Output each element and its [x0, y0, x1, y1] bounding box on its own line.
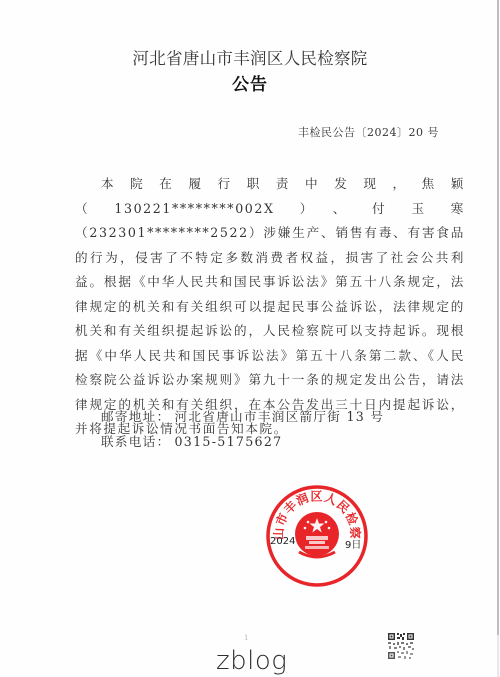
- mailing-address-label: 邮寄地址：: [101, 409, 170, 424]
- seal-date-year: 2024: [270, 536, 295, 547]
- page-edge-divider-fade: [497, 635, 499, 677]
- mailing-address-value: 河北省唐山市丰润区箭厅街 13 号: [174, 409, 384, 424]
- contact-phone-label: 联系电话：: [101, 434, 170, 449]
- document-number: 丰检民公告〔2024〕20 号: [298, 124, 439, 140]
- seal-date-day: 9日: [345, 536, 361, 551]
- contact-phone-value: 0315-5175627: [174, 434, 282, 449]
- document-title: 公告: [0, 70, 500, 95]
- watermark-text: zblog: [216, 647, 287, 675]
- mailing-address: 邮寄地址：河北省唐山市丰润区箭厅街 13 号: [101, 406, 384, 425]
- announcement-body: 本院在履行职责中发现，焦颖（130221********002X）、付玉寒（23…: [75, 172, 465, 442]
- document-page: 河北省唐山市丰润区人民检察院 公告 丰检民公告〔2024〕20 号 本院在履行职…: [0, 0, 497, 677]
- contact-phone: 联系电话：0315-5175627: [101, 431, 282, 450]
- page-number: 1: [244, 634, 248, 642]
- qr-code-icon: [387, 632, 415, 660]
- page-edge-divider: [497, 0, 499, 635]
- issuing-organization-title: 河北省唐山市丰润区人民检察院: [0, 45, 500, 69]
